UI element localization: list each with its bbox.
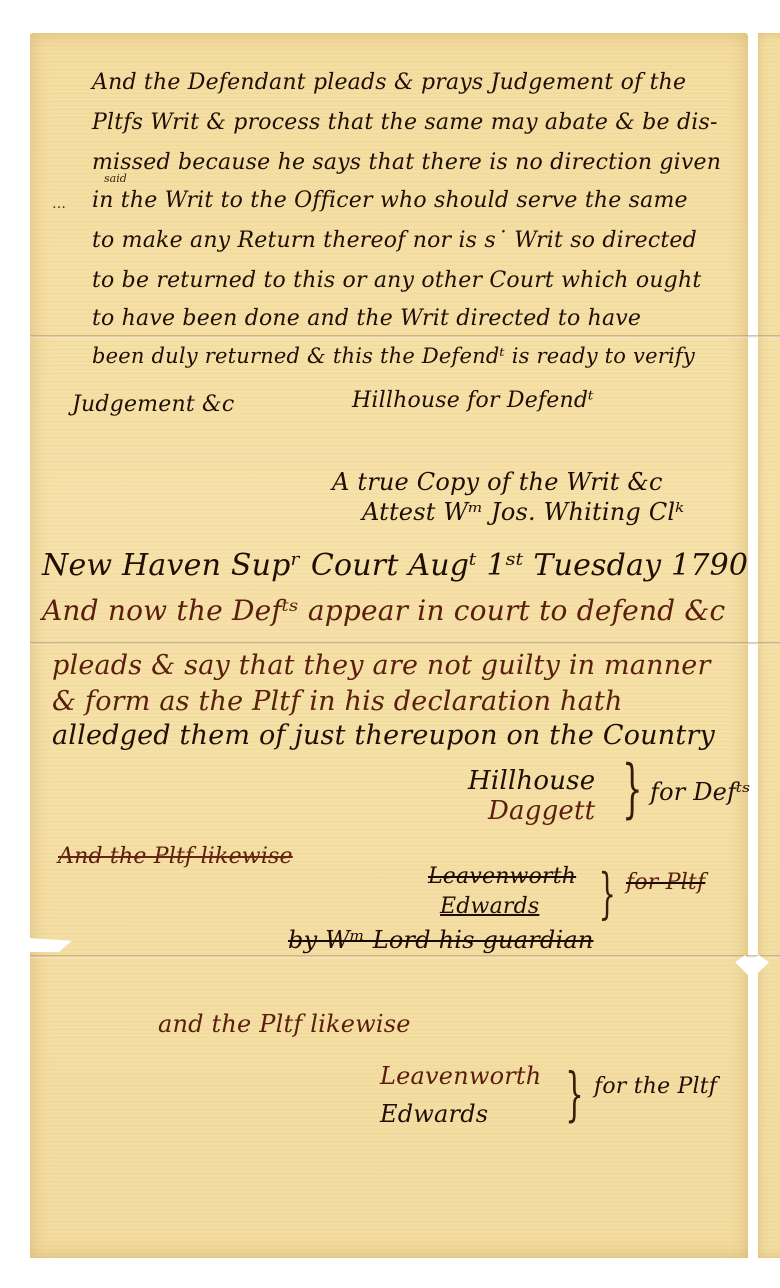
court-heading: New Haven Supʳ Court Augᵗ 1ˢᵗ Tuesday 17… <box>42 548 748 583</box>
court-line: And now the Defᵗˢ appear in court to def… <box>42 594 725 627</box>
plea-line: Pltfs Writ & process that the same may a… <box>92 110 718 135</box>
counsel-name: Edwards <box>380 1100 488 1128</box>
court-line: alledged them of just thereupon on the C… <box>52 720 715 751</box>
attestation-line: A true Copy of the Writ &c <box>332 468 663 496</box>
fold-line <box>30 955 780 958</box>
adjacent-page-strip <box>758 33 780 1258</box>
plea-line: been duly returned & this the Defendᵗ is… <box>92 344 695 368</box>
counsel-name: Hillhouse <box>468 766 595 796</box>
struck-line: by Wᵐ Lord his guardian <box>288 926 594 954</box>
plea-line: to be returned to this or any other Cour… <box>92 268 701 293</box>
insertion-said: said <box>104 172 127 185</box>
counsel-label: for the Pltf <box>594 1074 717 1099</box>
struck-line: And the Pltf likewise <box>58 844 293 869</box>
plea-line: to make any Return thereof nor is s˙ Wri… <box>92 228 697 253</box>
counsel-name: Leavenworth <box>380 1062 541 1090</box>
struck-counsel: Edwards <box>440 894 539 919</box>
attestation-line: Attest Wᵐ Jos. Whiting Clᵏ <box>362 498 684 526</box>
brace-icon: } <box>599 862 616 925</box>
brace-icon: } <box>622 752 642 826</box>
counsel-label: for Defᵗˢ <box>650 778 751 806</box>
struck-counsel: Leavenworth <box>428 864 576 889</box>
plea-line: missed because he says that there is no … <box>92 150 721 175</box>
court-line: pleads & say that they are not guilty in… <box>52 650 711 681</box>
plea-line: to have been done and the Writ directed … <box>92 306 641 331</box>
court-line: & form as the Pltf in his declaration ha… <box>52 686 623 717</box>
plea-line: in the Writ to the Officer who should se… <box>92 188 688 213</box>
plea-line: And the Defendant pleads & prays Judgeme… <box>92 70 686 95</box>
fold-line <box>30 335 780 338</box>
defense-signature: Hillhouse for Defendᵗ <box>352 388 594 413</box>
counsel-name: Daggett <box>488 796 595 826</box>
fold-line <box>30 642 780 645</box>
brace-icon: } <box>565 1060 583 1128</box>
plea-line: Judgement &c <box>72 392 234 417</box>
plaintiff-line: and the Pltf likewise <box>158 1010 411 1038</box>
page-gap <box>748 33 758 1258</box>
margin-mark: … <box>52 196 66 212</box>
struck-label: for Pltf <box>626 870 705 895</box>
